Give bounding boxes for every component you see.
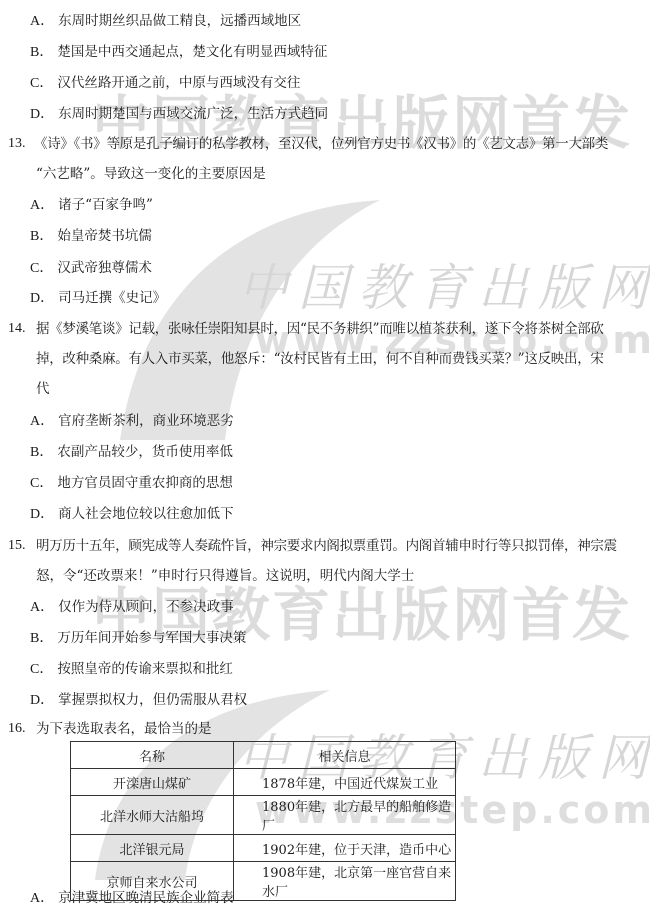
table-header-name: 名称 (71, 742, 234, 769)
q12-option-a: A．东周时期丝织品做工精良，远播西域地区 (30, 12, 301, 31)
table-cell-name: 开滦唐山煤矿 (71, 769, 234, 796)
q13-option-b: B．始皇帝焚书坑儒 (30, 227, 152, 246)
q15-option-c: C．按照皇帝的传谕来票拟和批红 (30, 660, 233, 679)
q13-option-a: A．诸子“百家争鸣” (30, 196, 153, 215)
q15-stem-line-1: 明万历十五年，顾宪成等人奏疏忤旨，神宗要求内阁拟票重罚。内阁首辅申时行等只拟罚俸… (36, 537, 617, 555)
q15-stem-line-2: 怒，令“还改票来！”申时行只得遵旨。这说明，明代内阁大学士 (36, 567, 414, 585)
q15-option-d: D．掌握票拟权力，但仍需服从君权 (30, 691, 247, 710)
table-cell-info: 1908年建，北京第一座官营自来水厂 (234, 862, 456, 901)
table-header-info: 相关信息 (234, 742, 456, 769)
q14-option-c: C．地方官员固守重农抑商的思想 (30, 474, 233, 493)
q16-enterprise-table: 名称 相关信息 开滦唐山煤矿 1878年建，中国近代煤炭工业 北洋水师大沽船坞 … (70, 741, 456, 901)
q15-option-a: A．仅作为侍从顾问，不参决政事 (30, 598, 234, 617)
q13-stem-line-1: 《诗》《书》等原是孔子编订的私学教材，至汉代，位列官方史书《汉书》的《艺文志》第… (34, 135, 608, 153)
q12-option-c: C．汉代丝路开通之前，中原与西域没有交往 (30, 74, 300, 93)
q12-option-b: B．楚国是中西交通起点，楚文化有明显西域特征 (30, 43, 327, 62)
q15-number: 15. (8, 537, 26, 555)
q13-number: 13. (8, 135, 26, 153)
table-cell-info: 1902年建，位于天津，造币中心 (234, 835, 456, 862)
q13-option-d: D．司马迁撰《史记》 (30, 289, 166, 308)
table-cell-info: 1880年建，北方最早的船舶修造厂 (234, 796, 456, 835)
q13-stem-line-2: “六艺略”。导致这一变化的主要原因是 (36, 165, 266, 183)
table-cell-info: 1878年建，中国近代煤炭工业 (234, 769, 456, 796)
table-row: 北洋水师大沽船坞 1880年建，北方最早的船舶修造厂 (71, 796, 456, 835)
exam-page: A．东周时期丝织品做工精良，远播西域地区 B．楚国是中西交通起点，楚文化有明显西… (0, 0, 650, 921)
q14-stem-line-2: 掉，改种桑麻。有人入市买菜，他怒斥：“汝村民皆有土田，何不自种而费钱买菜？”这反… (36, 350, 604, 368)
table-cell-name: 北洋水师大沽船坞 (71, 796, 234, 835)
q13-option-c: C．汉武帝独尊儒术 (30, 259, 152, 278)
q12-option-d: D．东周时期楚国与西域交流广泛，生活方式趋同 (30, 105, 328, 124)
q16-number: 16. (8, 720, 26, 738)
q14-number: 14. (8, 320, 26, 338)
q14-stem-line-3: 代 (36, 380, 50, 398)
table-row: 北洋银元局 1902年建，位于天津，造币中心 (71, 835, 456, 862)
q14-option-d: D．商人社会地位较以往愈加低下 (30, 505, 234, 524)
table-row: 京师自来水公司 1908年建，北京第一座官营自来水厂 (71, 862, 456, 901)
q15-option-b: B．万历年间开始参与军国大事决策 (30, 629, 246, 648)
table-row: 开滦唐山煤矿 1878年建，中国近代煤炭工业 (71, 769, 456, 796)
q14-option-b: B．农副产品较少，货币使用率低 (30, 443, 233, 462)
q16-stem-line-1: 为下表选取表名，最恰当的是 (36, 720, 212, 738)
table-header-row: 名称 相关信息 (71, 742, 456, 769)
table-cell-name: 北洋银元局 (71, 835, 234, 862)
q14-stem-line-1: 据《梦溪笔谈》记载，张咏任崇阳知县时，因“民不务耕织”而唯以植茶获利，遂下令将茶… (36, 320, 604, 338)
q14-option-a: A．官府垄断茶利，商业环境恶劣 (30, 412, 234, 431)
table-cell-name: 京师自来水公司 (71, 862, 234, 901)
